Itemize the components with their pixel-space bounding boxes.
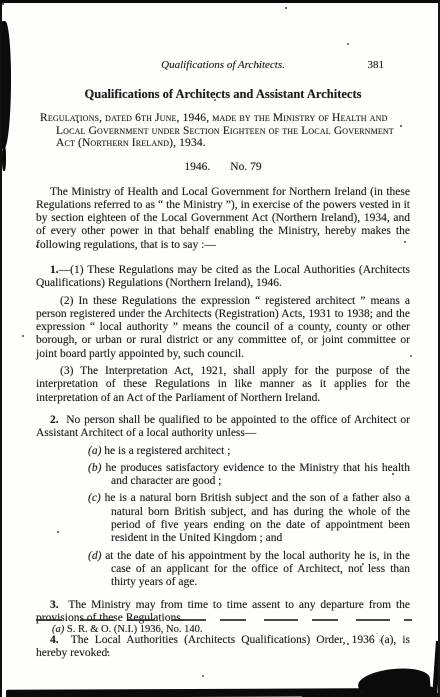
footnote-block: (a) S. R. & O. (N.I.) 1936, No. 140. [36, 619, 412, 636]
regulation-2-lead: 2. No person shall be qualified to be ap… [36, 414, 410, 441]
scan-artifact-speckles [2, 3, 4, 5]
list-item-d: (d) at the date of his appointment by th… [36, 550, 410, 590]
footnote-label: (a) [52, 624, 64, 635]
regulation-4-text: The Local Authorities (Architects Qualif… [36, 634, 410, 659]
running-head-row: Qualifications of Architects. 381 [36, 59, 410, 72]
scan-artifact-right-edge [432, 641, 440, 697]
page-number: 381 [368, 59, 385, 72]
regulation-1-sub-2: (2) In these Regulations the expression … [36, 295, 410, 361]
list-item-a-text: he is a registered architect ; [104, 445, 230, 457]
instrument-number: No. 79 [230, 161, 261, 174]
list-item-c: (c) he is a natural born British subject… [36, 492, 410, 545]
list-item-c-text: he is a natural born British subject and… [105, 492, 410, 544]
scan-artifact-left-streak [0, 21, 12, 149]
footnote-text: S. R. & O. (N.I.) 1936, No. 140. [67, 624, 203, 635]
list-item-d-text: at the date of his appointment by the lo… [105, 550, 410, 589]
regulation-2-lead-text: No person shall be qualified to be appoi… [36, 414, 410, 439]
regulation-1-number: 1. [50, 264, 59, 276]
footnote: (a) S. R. & O. (N.I.) 1936, No. 140. [36, 624, 412, 636]
intro-paragraph: The Ministry of Health and Local Governm… [36, 186, 410, 252]
list-item-b-text: he produces satisfactory evidence to the… [106, 462, 410, 487]
list-item-b-label: (b) [88, 462, 101, 474]
regulation-1-sub-3: (3) The Interpretation Act, 1921, shall … [36, 365, 410, 405]
scan-artifact-pencil-smudge: ·˙¸ [370, 630, 384, 642]
footnote-rule [36, 619, 412, 621]
preamble: Regulations, dated 6th June, 1946, made … [36, 112, 410, 150]
regulation-1-sub-1: 1.—(1) These Regulations may be cited as… [36, 264, 410, 291]
running-head: Qualifications of Architects. [161, 59, 285, 71]
list-item-b: (b) he produces satisfactory evidence to… [36, 462, 410, 489]
document-title: Qualifications of Architects and Assista… [36, 87, 410, 101]
scan-artifact-left-streak-tail [2, 145, 6, 171]
list-item-c-label: (c) [88, 492, 101, 504]
instrument-number-line: 1946. No. 79 [36, 161, 410, 174]
scanned-document-page: Qualifications of Architects. 381 Qualif… [0, 0, 440, 697]
regulation-3-number: 3. [50, 599, 59, 611]
list-item-d-label: (d) [88, 550, 101, 562]
regulation-1-sub-1-text: —(1) These Regulations may be cited as t… [36, 264, 410, 289]
regulation-2-number: 2. [50, 414, 59, 426]
regulation-4: 4. The Local Authorities (Architects Qua… [36, 634, 410, 661]
list-item-a-label: (a) [88, 445, 101, 457]
list-item-a: (a) he is a registered architect ; [36, 445, 410, 458]
instrument-year: 1946. [184, 161, 210, 174]
